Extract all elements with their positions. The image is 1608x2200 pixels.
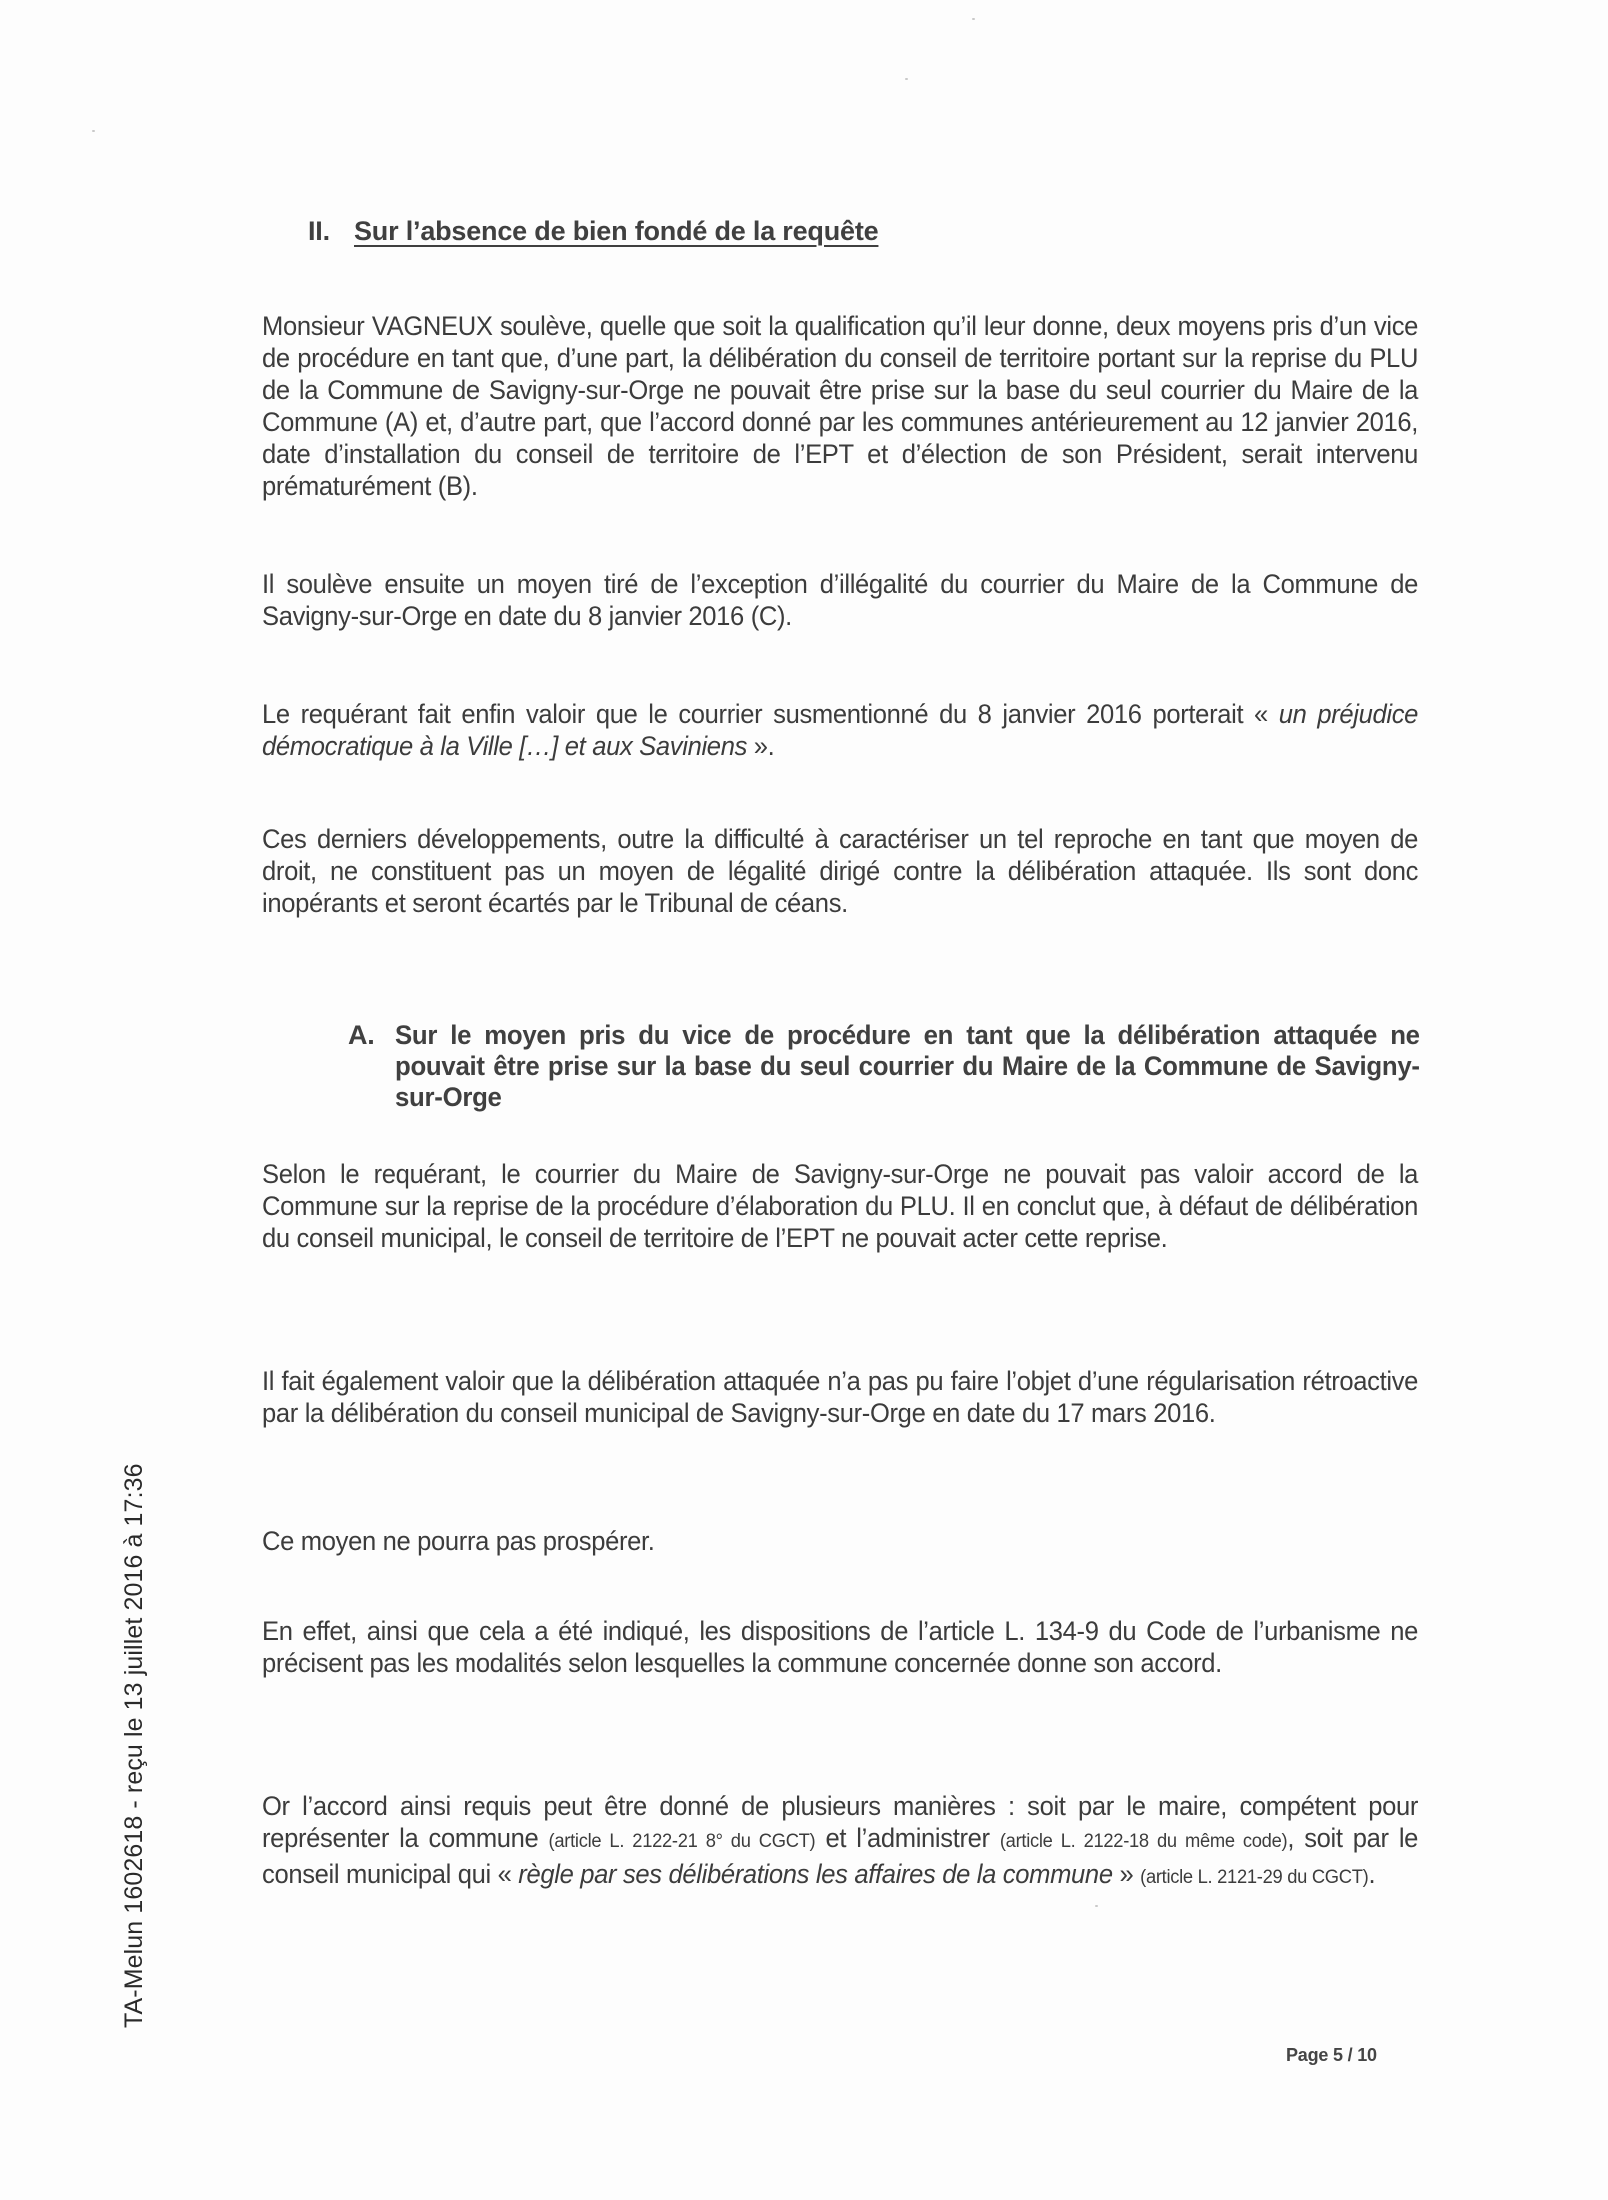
paragraph-text: Or l’accord ainsi requis peut être donné… — [262, 1790, 1418, 1894]
text-run: » — [1113, 1859, 1140, 1889]
paragraph-4: Ces derniers développements, outre la di… — [262, 823, 1418, 919]
paragraph-3: Le requérant fait enfin valoir que le co… — [262, 698, 1418, 762]
section-heading: II.Sur l’absence de bien fondé de la req… — [308, 216, 878, 247]
paragraph-text: Le requérant fait enfin valoir que le co… — [262, 698, 1418, 762]
scan-speck — [905, 78, 908, 80]
document-page: II.Sur l’absence de bien fondé de la req… — [0, 0, 1608, 2200]
scan-speck — [92, 130, 95, 132]
subsection-heading: A. Sur le moyen pris du vice de procédur… — [348, 1020, 1420, 1113]
section-title: Sur l’absence de bien fondé de la requêt… — [354, 216, 878, 246]
text-run: ». — [747, 731, 774, 761]
paragraph-2: Il soulève ensuite un moyen tiré de l’ex… — [262, 568, 1418, 632]
section-number: II. — [308, 216, 354, 247]
scan-speck — [972, 18, 975, 20]
legal-reference: (article L. 2122-18 du même code) — [1000, 1831, 1287, 1852]
paragraph-text: Il soulève ensuite un moyen tiré de l’ex… — [262, 568, 1418, 632]
subsection-number: A. — [348, 1020, 374, 1051]
text-run: et l’administrer — [815, 1823, 999, 1853]
legal-reference: (article L. 2121-29 du CGCT) — [1140, 1867, 1368, 1888]
paragraph-text: En effet, ainsi que cela a été indiqué, … — [262, 1615, 1418, 1679]
margin-receipt-stamp: TA-Melun 1602618 - reçu le 13 juillet 20… — [120, 1463, 149, 2028]
text-run: Le requérant fait enfin valoir que le co… — [262, 699, 1279, 729]
paragraph-text: Selon le requérant, le courrier du Maire… — [262, 1158, 1418, 1254]
paragraph-text: Il fait également valoir que la délibéra… — [262, 1365, 1418, 1429]
paragraph-8: En effet, ainsi que cela a été indiqué, … — [262, 1615, 1418, 1679]
paragraph-text: Monsieur VAGNEUX soulève, quelle que soi… — [262, 310, 1418, 502]
paragraph-9: Or l’accord ainsi requis peut être donné… — [262, 1790, 1418, 1894]
paragraph-6: Il fait également valoir que la délibéra… — [262, 1365, 1418, 1429]
text-run: . — [1368, 1859, 1375, 1889]
quote-italic: règle par ses délibérations les affaires… — [518, 1859, 1112, 1889]
paragraph-text: Ces derniers développements, outre la di… — [262, 823, 1418, 919]
scan-speck — [1095, 1905, 1098, 1907]
page-number: Page 5 / 10 — [1286, 2045, 1377, 2066]
paragraph-5: Selon le requérant, le courrier du Maire… — [262, 1158, 1418, 1254]
paragraph-text: Ce moyen ne pourra pas prospérer. — [262, 1525, 1418, 1557]
subsection-title: Sur le moyen pris du vice de procédure e… — [395, 1020, 1420, 1113]
paragraph-7: Ce moyen ne pourra pas prospérer. — [262, 1525, 1418, 1557]
paragraph-1: Monsieur VAGNEUX soulève, quelle que soi… — [262, 310, 1418, 502]
legal-reference: (article L. 2122-21 8° du CGCT) — [549, 1831, 816, 1852]
